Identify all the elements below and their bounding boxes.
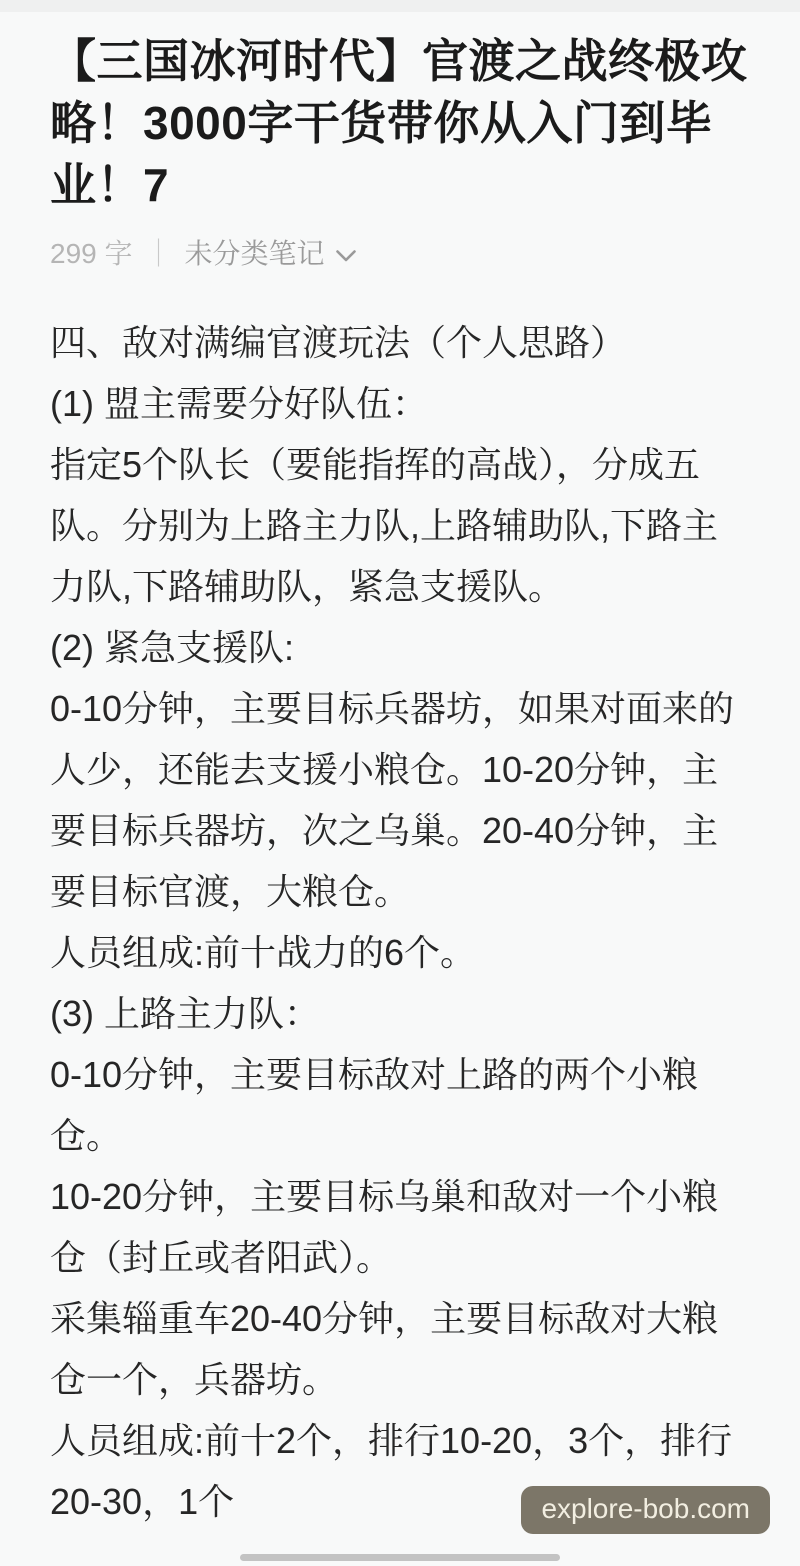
word-count-label: 299 字 (50, 232, 133, 272)
note-page: 【三国冰河时代】官渡之战终极攻略！3000字干货带你从入门到毕业！7 299 字… (0, 30, 800, 1532)
meta-separator: ｜ (145, 232, 173, 272)
home-indicator[interactable] (240, 1554, 560, 1561)
note-paragraph[interactable]: 0-10分钟，主要目标敌对上路的两个小粮仓。 (50, 1044, 750, 1166)
note-paragraph[interactable]: 10-20分钟，主要目标乌巢和敌对一个小粮仓（封丘或者阳武）。 (50, 1166, 750, 1288)
watermark-badge: explore-bob.com (521, 1486, 770, 1534)
note-body[interactable]: 四、敌对满编官渡玩法（个人思路）(1) 盟主需要分好队伍：指定5个队长（要能指挥… (50, 312, 750, 1532)
note-paragraph[interactable]: 人员组成:前十战力的6个。 (50, 922, 750, 983)
status-bar-strip (0, 0, 800, 12)
note-paragraph[interactable]: 指定5个队长（要能指挥的高战），分成五队。分别为上路主力队,上路辅助队,下路主力… (50, 434, 750, 617)
note-paragraph[interactable]: (1) 盟主需要分好队伍： (50, 373, 750, 434)
note-paragraph[interactable]: 0-10分钟，主要目标兵器坊，如果对面来的人少，还能去支援小粮仓。10-20分钟… (50, 678, 750, 922)
category-selector[interactable]: 未分类笔记 (185, 232, 357, 272)
note-paragraph[interactable]: (3) 上路主力队： (50, 983, 750, 1044)
chevron-down-icon[interactable] (335, 238, 357, 270)
category-label: 未分类笔记 (185, 232, 325, 272)
note-paragraph[interactable]: (2) 紧急支援队: (50, 617, 750, 678)
note-meta-row: 299 字 ｜ 未分类笔记 (50, 232, 750, 272)
note-paragraph[interactable]: 采集辎重车20-40分钟，主要目标敌对大粮仓一个，兵器坊。 (50, 1288, 750, 1410)
note-title[interactable]: 【三国冰河时代】官渡之战终极攻略！3000字干货带你从入门到毕业！7 (50, 30, 750, 216)
note-paragraph[interactable]: 四、敌对满编官渡玩法（个人思路） (50, 312, 750, 373)
